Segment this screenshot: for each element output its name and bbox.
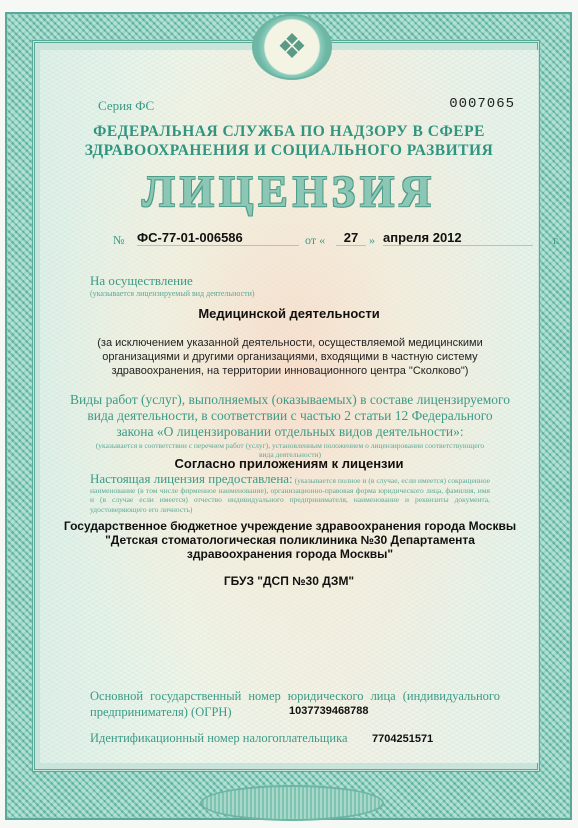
activity-hint: (указывается лицензируемый вид деятельно… [90, 289, 255, 298]
coat-of-arms-icon: ❖ [252, 14, 332, 80]
license-number-row: № ФС-77-01-006586 от « 27 » апреля 2012 … [113, 230, 473, 250]
granted-to-section: Настоящая лицензия предоставлена: (указы… [90, 474, 490, 514]
activity-value: Медицинской деятельности [0, 306, 578, 321]
org-line-3: здравоохранения города Москвы" [30, 547, 550, 561]
ogrn-value: 1037739468788 [289, 705, 369, 717]
license-day: 27 [336, 230, 366, 246]
license-number: ФС-77-01-006586 [137, 230, 299, 246]
bottom-cartouche-ornament [200, 785, 384, 821]
works-label: Виды работ (услуг), выполняемых (оказыва… [70, 392, 510, 440]
document-title: ЛИЦЕНЗИЯ [0, 166, 578, 217]
quote-close: » [369, 233, 375, 248]
number-label: № [113, 233, 124, 248]
agency-line-1: ФЕДЕРАЛЬНАЯ СЛУЖБА ПО НАДЗОРУ В СФЕРЕ [0, 122, 578, 141]
inn-label: Идентификационный номер налогоплательщик… [90, 731, 348, 746]
org-line-1: Государственное бюджетное учреждение здр… [30, 519, 550, 533]
works-value: Согласно приложениям к лицензии [0, 456, 578, 471]
activity-note: (за исключением указанной деятельности, … [80, 336, 500, 378]
agency-line-2: ЗДРАВООХРАНЕНИЯ И СОЦИАЛЬНОГО РАЗВИТИЯ [0, 141, 578, 160]
series-label: Серия ФС [98, 98, 154, 114]
date-from-label: от « [305, 233, 325, 248]
org-line-2: "Детская стоматологическая поликлиника №… [30, 533, 550, 547]
year-suffix: г. [553, 233, 560, 248]
issuing-agency: ФЕДЕРАЛЬНАЯ СЛУЖБА ПО НАДЗОРУ В СФЕРЕ ЗД… [0, 122, 578, 160]
inn-value: 7704251571 [372, 733, 433, 745]
activity-label: На осуществление [90, 273, 193, 289]
blank-number: 0007065 [449, 96, 515, 112]
granted-label: Настоящая лицензия предоставлена: [90, 471, 293, 486]
license-month-year: апреля 2012 [383, 230, 533, 246]
organization-short-name: ГБУЗ "ДСП №30 ДЗМ" [0, 574, 578, 588]
organization-full-name: Государственное бюджетное учреждение здр… [30, 519, 550, 561]
